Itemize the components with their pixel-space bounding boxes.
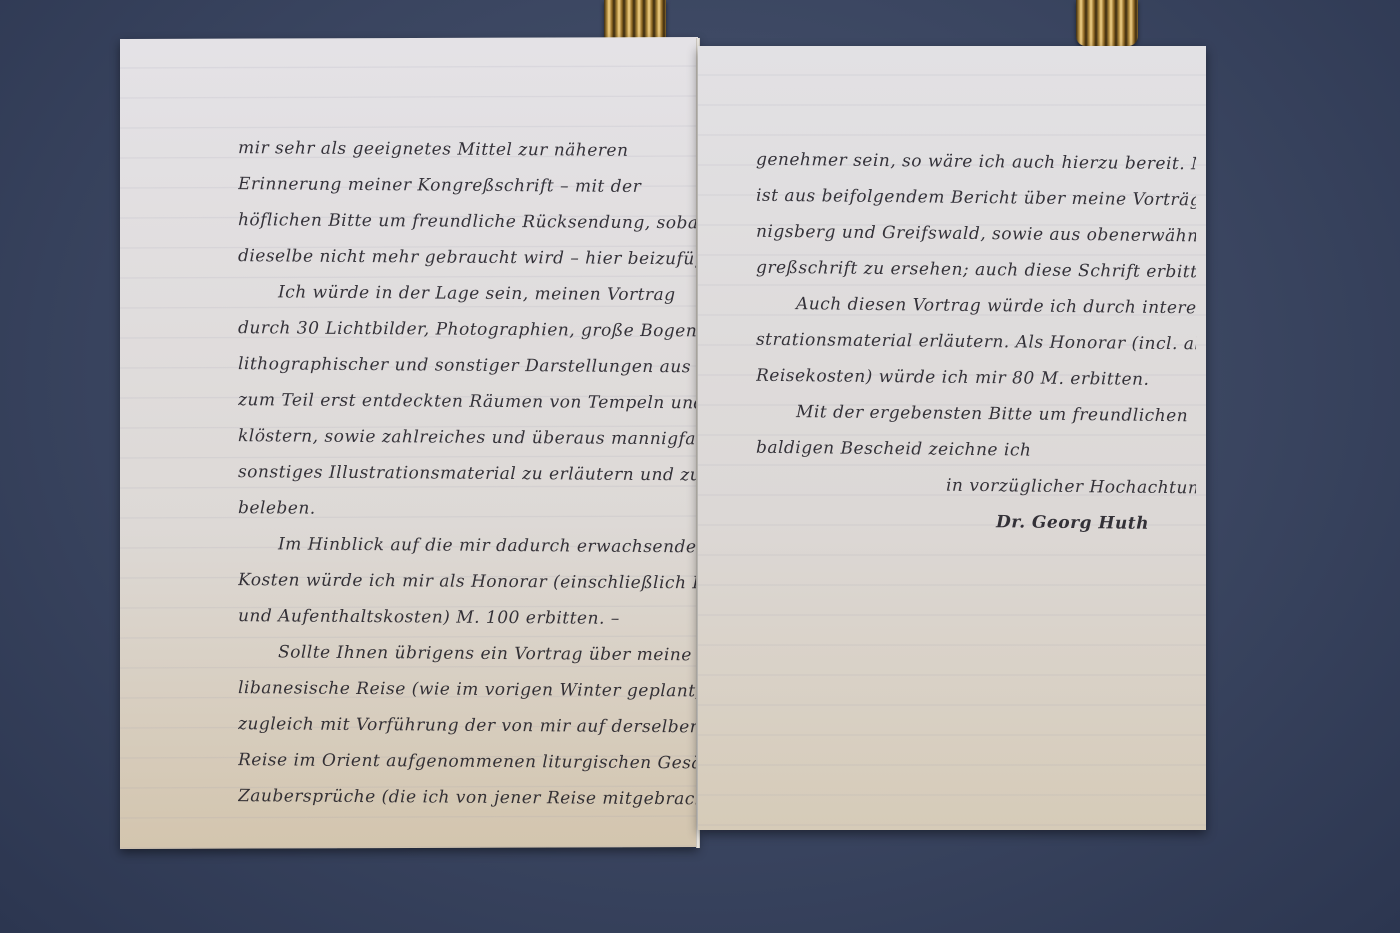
handwritten-line: Im Hinblick auf die mir dadurch erwachse… (238, 526, 708, 565)
left-page-text: mir sehr als geeignetes Mittel zur näher… (238, 131, 708, 817)
handwritten-line: Erinnerung meiner Kongreßschrift – mit d… (238, 166, 708, 205)
handwritten-line: lithographischer und sonstiger Darstellu… (238, 346, 708, 385)
right-page-text: genehmer sein, so wäre ich auch hierzu b… (756, 144, 1196, 540)
handwritten-line: zum Teil erst entdeckten Räumen von Temp… (238, 382, 708, 421)
handwritten-line: ist aus beifolgendem Bericht über meine … (756, 178, 1196, 219)
handwritten-line: dieselbe nicht mehr gebraucht wird – hie… (238, 238, 708, 277)
handwritten-line: Reise im Orient aufgenommenen liturgisch… (238, 742, 708, 781)
signature: Dr. Georg Huth (756, 502, 1196, 543)
handwritten-line: Reisekosten) würde ich mir 80 M. erbitte… (756, 358, 1196, 399)
handwritten-line: klöstern, sowie zahlreiches und überaus … (238, 418, 708, 457)
handwritten-line: greßschrift zu ersehen; auch diese Schri… (756, 250, 1196, 291)
handwritten-line: genehmer sein, so wäre ich auch hierzu b… (756, 142, 1196, 183)
handwritten-line: Sollte Ihnen übrigens ein Vortrag über m… (238, 634, 708, 673)
handwritten-line: Kosten würde ich mir als Honorar (einsch… (238, 562, 708, 601)
handwritten-line: höflichen Bitte um freundliche Rücksendu… (238, 202, 708, 241)
handwritten-line: Zaubersprüche (die ich von jener Reise m… (238, 778, 708, 817)
handwritten-line: zugleich mit Vorführung der von mir auf … (238, 706, 708, 745)
handwritten-line: Ich würde in der Lage sein, meinen Vortr… (238, 274, 708, 313)
handwritten-line: strationsmaterial erläutern. Als Honorar… (756, 322, 1196, 363)
handwritten-line: Auch diesen Vortrag würde ich durch inte… (756, 286, 1196, 327)
handwritten-line: nigsberg und Greifswald, sowie aus obene… (756, 214, 1196, 255)
handwritten-line: mir sehr als geeignetes Mittel zur näher… (238, 130, 708, 169)
closing-line: in vorzüglicher Hochachtung (756, 466, 1196, 507)
handwritten-line: Mit der ergebensten Bitte um freundliche… (756, 394, 1196, 435)
left-page: mir sehr als geeignetes Mittel zur näher… (120, 37, 698, 849)
right-page: genehmer sein, so wäre ich auch hierzu b… (698, 46, 1206, 830)
handwritten-line: durch 30 Lichtbilder, Photographien, gro… (238, 310, 708, 349)
handwritten-line: libanesische Reise (wie im vorigen Winte… (238, 670, 708, 709)
handwritten-line: sonstiges Illustrationsmaterial zu erläu… (238, 454, 708, 493)
handwritten-line: baldigen Bescheid zeichne ich (756, 430, 1196, 471)
open-letter: mir sehr als geeignetes Mittel zur näher… (62, 38, 1158, 848)
handwritten-line: beleben. (238, 490, 708, 529)
handwritten-line: und Aufenthaltskosten) M. 100 erbitten. … (238, 598, 708, 637)
